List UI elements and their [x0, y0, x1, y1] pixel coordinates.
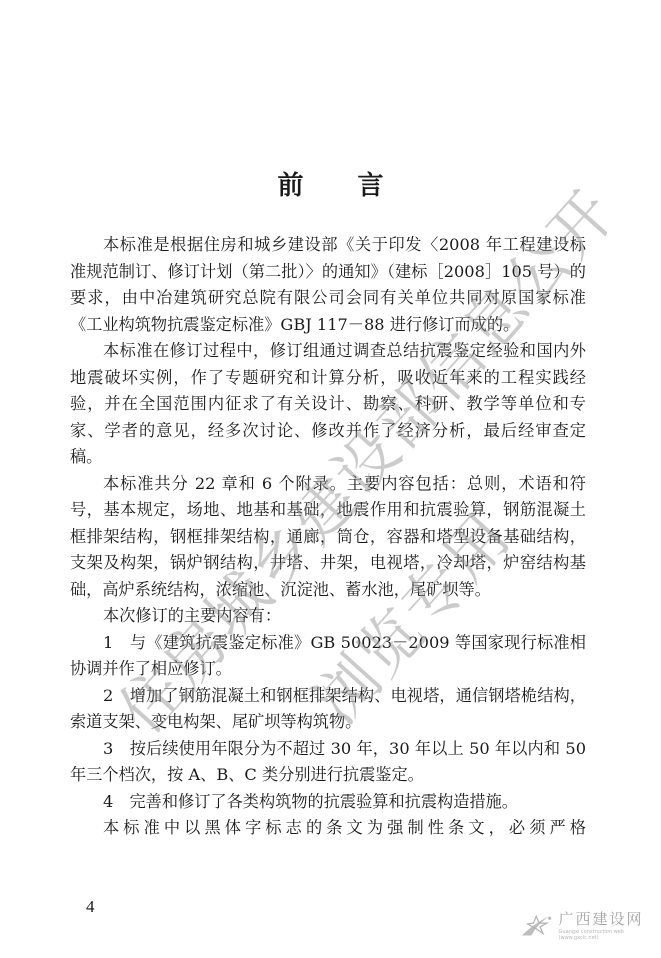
list-item-change-1: 1 与《建筑抗震鉴定标准》GB 50023－2009 等国家现行标准相协调并作了… — [70, 630, 586, 683]
star-swoosh-icon — [520, 910, 553, 940]
document-page: 前言 本标准是根据住房和城乡建设部《关于印发〈2008 年工程建设标准规范制订、… — [0, 0, 661, 958]
paragraph-contents: 本标准共分 22 章和 6 个附录。主要内容包括：总则，术语和符号，基本规定，场… — [70, 471, 586, 604]
logo-name: 广西建设网 — [559, 908, 661, 929]
list-item-change-2: 2 增加了钢筋混凝土和钢框排架结构、电视塔，通信钢塔桅结构，索道支架、变电构架、… — [70, 683, 586, 736]
page-title: 前言 — [0, 165, 661, 202]
paragraph-intro: 本标准是根据住房和城乡建设部《关于印发〈2008 年工程建设标准规范制订、修订计… — [70, 232, 586, 338]
paragraph-revision-process: 本标准在修订过程中，修订组通过调查总结抗震鉴定经验和国内外地震破坏实例，作了专题… — [70, 338, 586, 471]
list-item-change-3: 3 按后续使用年限分为不超过 30 年，30 年以上 50 年以内和 50 年三… — [70, 736, 586, 789]
page-number: 4 — [86, 897, 95, 917]
paragraph-mandatory-clauses: 本标准中以黑体字标志的条文为强制性条文，必须严格 — [70, 815, 586, 842]
logo-subtitle: Guangxi construction web (www.gxcic.net) — [559, 929, 661, 941]
site-logo: 广西建设网 Guangxi construction web (www.gxci… — [520, 908, 661, 941]
list-item-change-4: 4 完善和修订了各类构筑物的抗震验算和抗震构造措施。 — [70, 789, 586, 816]
document-body: 本标准是根据住房和城乡建设部《关于印发〈2008 年工程建设标准规范制订、修订计… — [70, 232, 586, 842]
paragraph-main-changes-heading: 本次修订的主要内容有： — [70, 603, 586, 630]
